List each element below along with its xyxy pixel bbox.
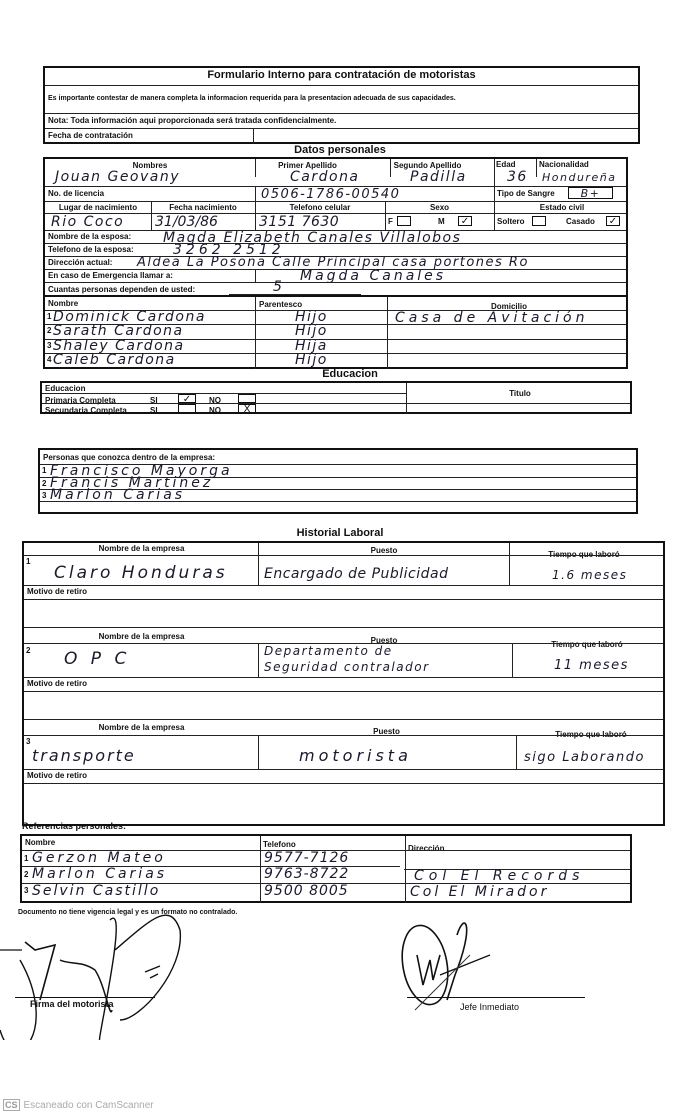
label-sexo-f: F bbox=[388, 218, 393, 226]
secundaria-label: Secundaria Completa bbox=[45, 407, 127, 415]
primaria-label: Primaria Completa bbox=[45, 397, 116, 405]
dependents-header-nombre: Nombre bbox=[48, 300, 78, 308]
known-people-header: Personas que conozca dentro de la empres… bbox=[43, 454, 215, 462]
section-historial-laboral: Historial Laboral bbox=[0, 527, 680, 539]
dependent-name[interactable]: Shaley Cardona bbox=[53, 339, 185, 353]
lugar-nacimiento-value[interactable]: Rio Coco bbox=[51, 215, 124, 229]
dependent-name[interactable]: Caleb Cardona bbox=[53, 353, 176, 367]
form-title: Formulario Interno para contratación de … bbox=[45, 69, 638, 81]
reference-phone[interactable]: 9763-8722 bbox=[264, 867, 349, 881]
driver-signature-line bbox=[15, 997, 155, 998]
dependent-relation[interactable]: Hijo bbox=[295, 310, 328, 324]
sexo-f-checkbox[interactable] bbox=[397, 216, 411, 226]
boss-signature-label: Jefe Inmediato bbox=[460, 1003, 519, 1012]
primaria-si-label: SI bbox=[150, 397, 158, 405]
job-position[interactable]: motorista bbox=[299, 748, 412, 764]
reference-address[interactable]: Col El Mirador bbox=[410, 885, 549, 899]
job-company[interactable]: transporte bbox=[32, 748, 136, 764]
form-header: Formulario Interno para contratación de … bbox=[43, 66, 640, 144]
job-leave-reason[interactable] bbox=[30, 605, 650, 621]
label-estado-civil: Estado civil bbox=[494, 204, 630, 212]
hire-date-field[interactable] bbox=[260, 130, 630, 142]
label-edad: Edad bbox=[496, 161, 516, 169]
dependent-name[interactable]: Dominick Cardona bbox=[53, 310, 206, 324]
known-person-name[interactable]: Marlon Carias bbox=[50, 488, 185, 502]
education-table: Educacion Titulo Primaria Completa SI ✓ … bbox=[40, 381, 632, 414]
label-casado: Casado bbox=[566, 218, 595, 226]
job-leave-reason[interactable] bbox=[30, 698, 650, 714]
label-soltero: Soltero bbox=[497, 218, 525, 226]
camscanner-logo-icon: CS bbox=[3, 1099, 20, 1111]
dependents-table: Nombre Parentesco Domicilio 1 Dominick C… bbox=[43, 295, 628, 369]
job-duration[interactable]: sigo Laborando bbox=[524, 751, 645, 764]
dependent-relation[interactable]: Hijo bbox=[295, 353, 328, 367]
job-leave-reason[interactable] bbox=[30, 791, 650, 807]
references-header: Referencias personales: bbox=[22, 822, 126, 831]
known-people-table: Personas que conozca dentro de la empres… bbox=[38, 448, 638, 514]
segundo-apellido-value[interactable]: Padilla bbox=[410, 170, 467, 184]
tipo-sangre-field[interactable]: B+ bbox=[568, 187, 613, 199]
reference-phone[interactable]: 9577-7126 bbox=[264, 851, 349, 865]
reference-name[interactable]: Marlon Carias bbox=[32, 867, 167, 881]
instructions-text: Es importante contestar de manera comple… bbox=[48, 95, 456, 102]
primaria-no-label: NO bbox=[209, 397, 221, 405]
dependent-address[interactable]: Casa de Avitación bbox=[395, 311, 588, 325]
emergencia-value[interactable]: Magda Canales bbox=[300, 269, 446, 283]
casado-checkbox[interactable]: ✓ bbox=[606, 216, 620, 226]
secundaria-no-checkbox[interactable]: X bbox=[238, 404, 256, 413]
job-position-line2[interactable]: Seguridad contralador bbox=[264, 661, 430, 673]
secundaria-si-label: SI bbox=[150, 407, 158, 415]
hire-date-label: Fecha de contratación bbox=[48, 132, 133, 140]
references-col-nombre: Nombre bbox=[25, 839, 55, 847]
section-datos-personales: Datos personales bbox=[0, 144, 680, 156]
label-fecha-nacimiento: Fecha nacimiento bbox=[151, 204, 255, 212]
label-sexo-m: M bbox=[438, 218, 445, 226]
dependent-relation[interactable]: Hija bbox=[295, 339, 328, 353]
work-history-table: Nombre de la empresa Puesto Tiempo que l… bbox=[22, 541, 665, 826]
primaria-si-checkbox[interactable]: ✓ bbox=[178, 394, 196, 403]
nacionalidad-value[interactable]: Hondureña bbox=[542, 172, 616, 183]
driver-signature bbox=[0, 890, 220, 1040]
boss-signature bbox=[395, 915, 535, 1015]
dependents-header-parentesco: Parentesco bbox=[259, 301, 302, 309]
dependientes-value[interactable]: 5 bbox=[273, 280, 283, 294]
label-tipo-sangre: Tipo de Sangre bbox=[497, 190, 555, 198]
camscanner-watermark: CS Escaneado con CamScanner bbox=[3, 1099, 154, 1111]
nombres-value[interactable]: Jouan Geovany bbox=[55, 170, 180, 184]
telefono-celular-value[interactable]: 3151 7630 bbox=[259, 215, 339, 229]
references-col-telefono: Telefono bbox=[263, 841, 296, 849]
references-col-direccion: Dirección bbox=[408, 845, 444, 853]
licencia-value[interactable]: 0506-1786-00540 bbox=[261, 188, 400, 201]
job-duration[interactable]: 11 meses bbox=[554, 659, 629, 672]
titulo-header: Titulo bbox=[408, 390, 632, 398]
camscanner-text: Escaneado con CamScanner bbox=[24, 1100, 154, 1111]
secundaria-no-label: NO bbox=[209, 407, 221, 415]
edad-value[interactable]: 36 bbox=[507, 170, 528, 184]
label-emergencia: En caso de Emergencia llamar a: bbox=[48, 272, 173, 280]
personal-data-table: Nombres Primer Apellido Segundo Apellido… bbox=[43, 157, 628, 297]
label-lugar-nacimiento: Lugar de nacimiento bbox=[45, 204, 151, 212]
secundaria-si-checkbox[interactable] bbox=[178, 404, 196, 413]
primaria-no-checkbox[interactable] bbox=[238, 394, 256, 403]
job-position[interactable]: Encargado de Publicidad bbox=[264, 567, 449, 581]
primer-apellido-value[interactable]: Cardona bbox=[290, 170, 360, 184]
label-dependientes: Cuantas personas dependen de usted: bbox=[48, 286, 195, 294]
education-header: Educacion bbox=[45, 385, 85, 393]
driver-signature-label: Firma del motorista bbox=[30, 1000, 114, 1009]
dependent-relation[interactable]: Hijo bbox=[295, 324, 328, 338]
sexo-m-checkbox[interactable]: ✓ bbox=[458, 216, 472, 226]
job-position[interactable]: Departamento de bbox=[264, 645, 393, 657]
job-duration[interactable]: 1.6 meses bbox=[552, 569, 627, 581]
label-esposa: Nombre de la esposa: bbox=[48, 233, 131, 241]
reference-phone[interactable]: 9500 8005 bbox=[264, 884, 349, 898]
label-sexo: Sexo bbox=[385, 204, 494, 212]
confidential-note: Nota: Toda información aqui proporcionad… bbox=[48, 117, 336, 125]
job-company[interactable]: O P C bbox=[64, 651, 130, 668]
fecha-nacimiento-value[interactable]: 31/03/86 bbox=[155, 215, 218, 229]
reference-name[interactable]: Gerzon Mateo bbox=[32, 851, 166, 865]
soltero-checkbox[interactable] bbox=[532, 216, 546, 226]
label-telefono-celular: Telefono celular bbox=[255, 204, 385, 212]
label-nacionalidad: Nacionalidad bbox=[539, 161, 589, 169]
label-direccion: Dirección actual: bbox=[48, 259, 112, 267]
section-educacion: Educacion bbox=[0, 368, 700, 380]
boss-signature-line bbox=[407, 997, 585, 998]
label-licencia: No. de licencia bbox=[48, 190, 104, 198]
reference-address[interactable]: Col El Records bbox=[414, 869, 584, 883]
label-tel-esposa: Telefono de la esposa: bbox=[48, 246, 134, 254]
dependent-name[interactable]: Sarath Cardona bbox=[53, 324, 184, 338]
job-company[interactable]: Claro Honduras bbox=[54, 565, 228, 582]
